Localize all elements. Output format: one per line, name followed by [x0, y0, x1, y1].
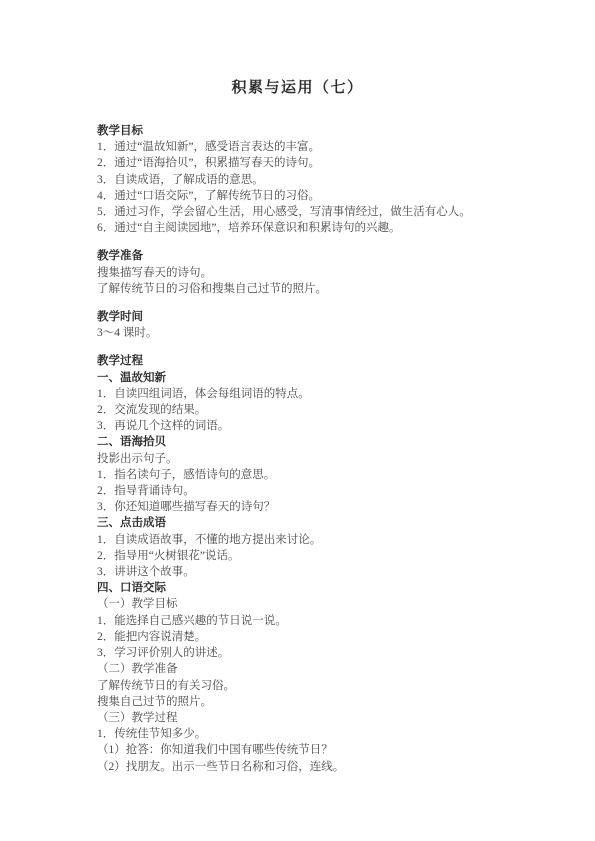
section: 教学目标1．通过“温故知新”，感受语言表达的丰富。2．通过“语海拾贝”，积累描写… [97, 123, 540, 236]
text-line: 搜集描写春天的诗句。 [97, 265, 540, 281]
section-heading: 四、口语交际 [97, 580, 540, 596]
text-line: 了解传统节日的习俗和搜集自己过节的照片。 [97, 281, 540, 297]
text-line: 3．你还知道哪些描写春天的诗句？ [97, 499, 540, 515]
text-line: （一）教学目标 [97, 596, 540, 612]
document-title: 积累与运用（七） [0, 0, 595, 98]
section-heading: 二、语海拾贝 [97, 434, 540, 450]
text-line: 1．自读成语故事，不懂的地方提出来讨论。 [97, 532, 540, 548]
section-heading: 教学时间 [97, 309, 540, 325]
section-heading: 教学目标 [97, 123, 540, 139]
text-line: 4．通过“口语交际”，了解传统节日的习俗。 [97, 188, 540, 204]
text-line: 3．自读成语，了解成语的意思。 [97, 172, 540, 188]
text-line: 1．自读四组词语，体会每组词语的特点。 [97, 386, 540, 402]
section-heading: 三、点击成语 [97, 515, 540, 531]
text-line: 3．讲讲这个故事。 [97, 564, 540, 580]
text-line: 2．指导用“火树银花”说话。 [97, 548, 540, 564]
text-line: （2）找朋友。出示一些节日名称和习俗，连线。 [97, 759, 540, 775]
text-line: 2．交流发现的结果。 [97, 402, 540, 418]
document-page: 积累与运用（七） 教学目标1．通过“温故知新”，感受语言表达的丰富。2．通过“语… [0, 0, 595, 841]
section: 教学准备搜集描写春天的诗句。了解传统节日的习俗和搜集自己过节的照片。 [97, 248, 540, 297]
text-line: 了解传统节日的有关习俗。 [97, 678, 540, 694]
section-heading: 教学准备 [97, 248, 540, 264]
text-line: 5．通过习作，学会留心生活，用心感受，写清事情经过，做生活有心人。 [97, 204, 540, 220]
text-line: 3～4 课时。 [97, 325, 540, 341]
text-line: 2．指导背诵诗句。 [97, 483, 540, 499]
text-line: 投影出示句子。 [97, 451, 540, 467]
text-line: （1）抢答：你知道我们中国有哪些传统节日？ [97, 742, 540, 758]
text-line: 3．学习评价别人的讲述。 [97, 645, 540, 661]
text-line: （三）教学过程 [97, 710, 540, 726]
section: 教学过程一、温故知新1．自读四组词语，体会每组词语的特点。2．交流发现的结果。3… [97, 353, 540, 774]
text-line: 3．再说几个这样的词语。 [97, 418, 540, 434]
text-line: 搜集自己过节的照片。 [97, 694, 540, 710]
document-body: 教学目标1．通过“温故知新”，感受语言表达的丰富。2．通过“语海拾贝”，积累描写… [0, 98, 595, 775]
text-line: （二）教学准备 [97, 661, 540, 677]
section: 教学时间3～4 课时。 [97, 309, 540, 341]
text-line: 1．能选择自己感兴趣的节日说一说。 [97, 613, 540, 629]
text-line: 6．通过“自主阅读园地”，培养环保意识和积累诗句的兴趣。 [97, 220, 540, 236]
text-line: 1．指名读句子，感悟诗句的意思。 [97, 467, 540, 483]
text-line: 2．能把内容说清楚。 [97, 629, 540, 645]
text-line: 2．通过“语海拾贝”，积累描写春天的诗句。 [97, 155, 540, 171]
text-line: 1．通过“温故知新”，感受语言表达的丰富。 [97, 139, 540, 155]
section-heading: 教学过程 [97, 353, 540, 369]
section-heading: 一、温故知新 [97, 370, 540, 386]
text-line: 1．传统佳节知多少。 [97, 726, 540, 742]
